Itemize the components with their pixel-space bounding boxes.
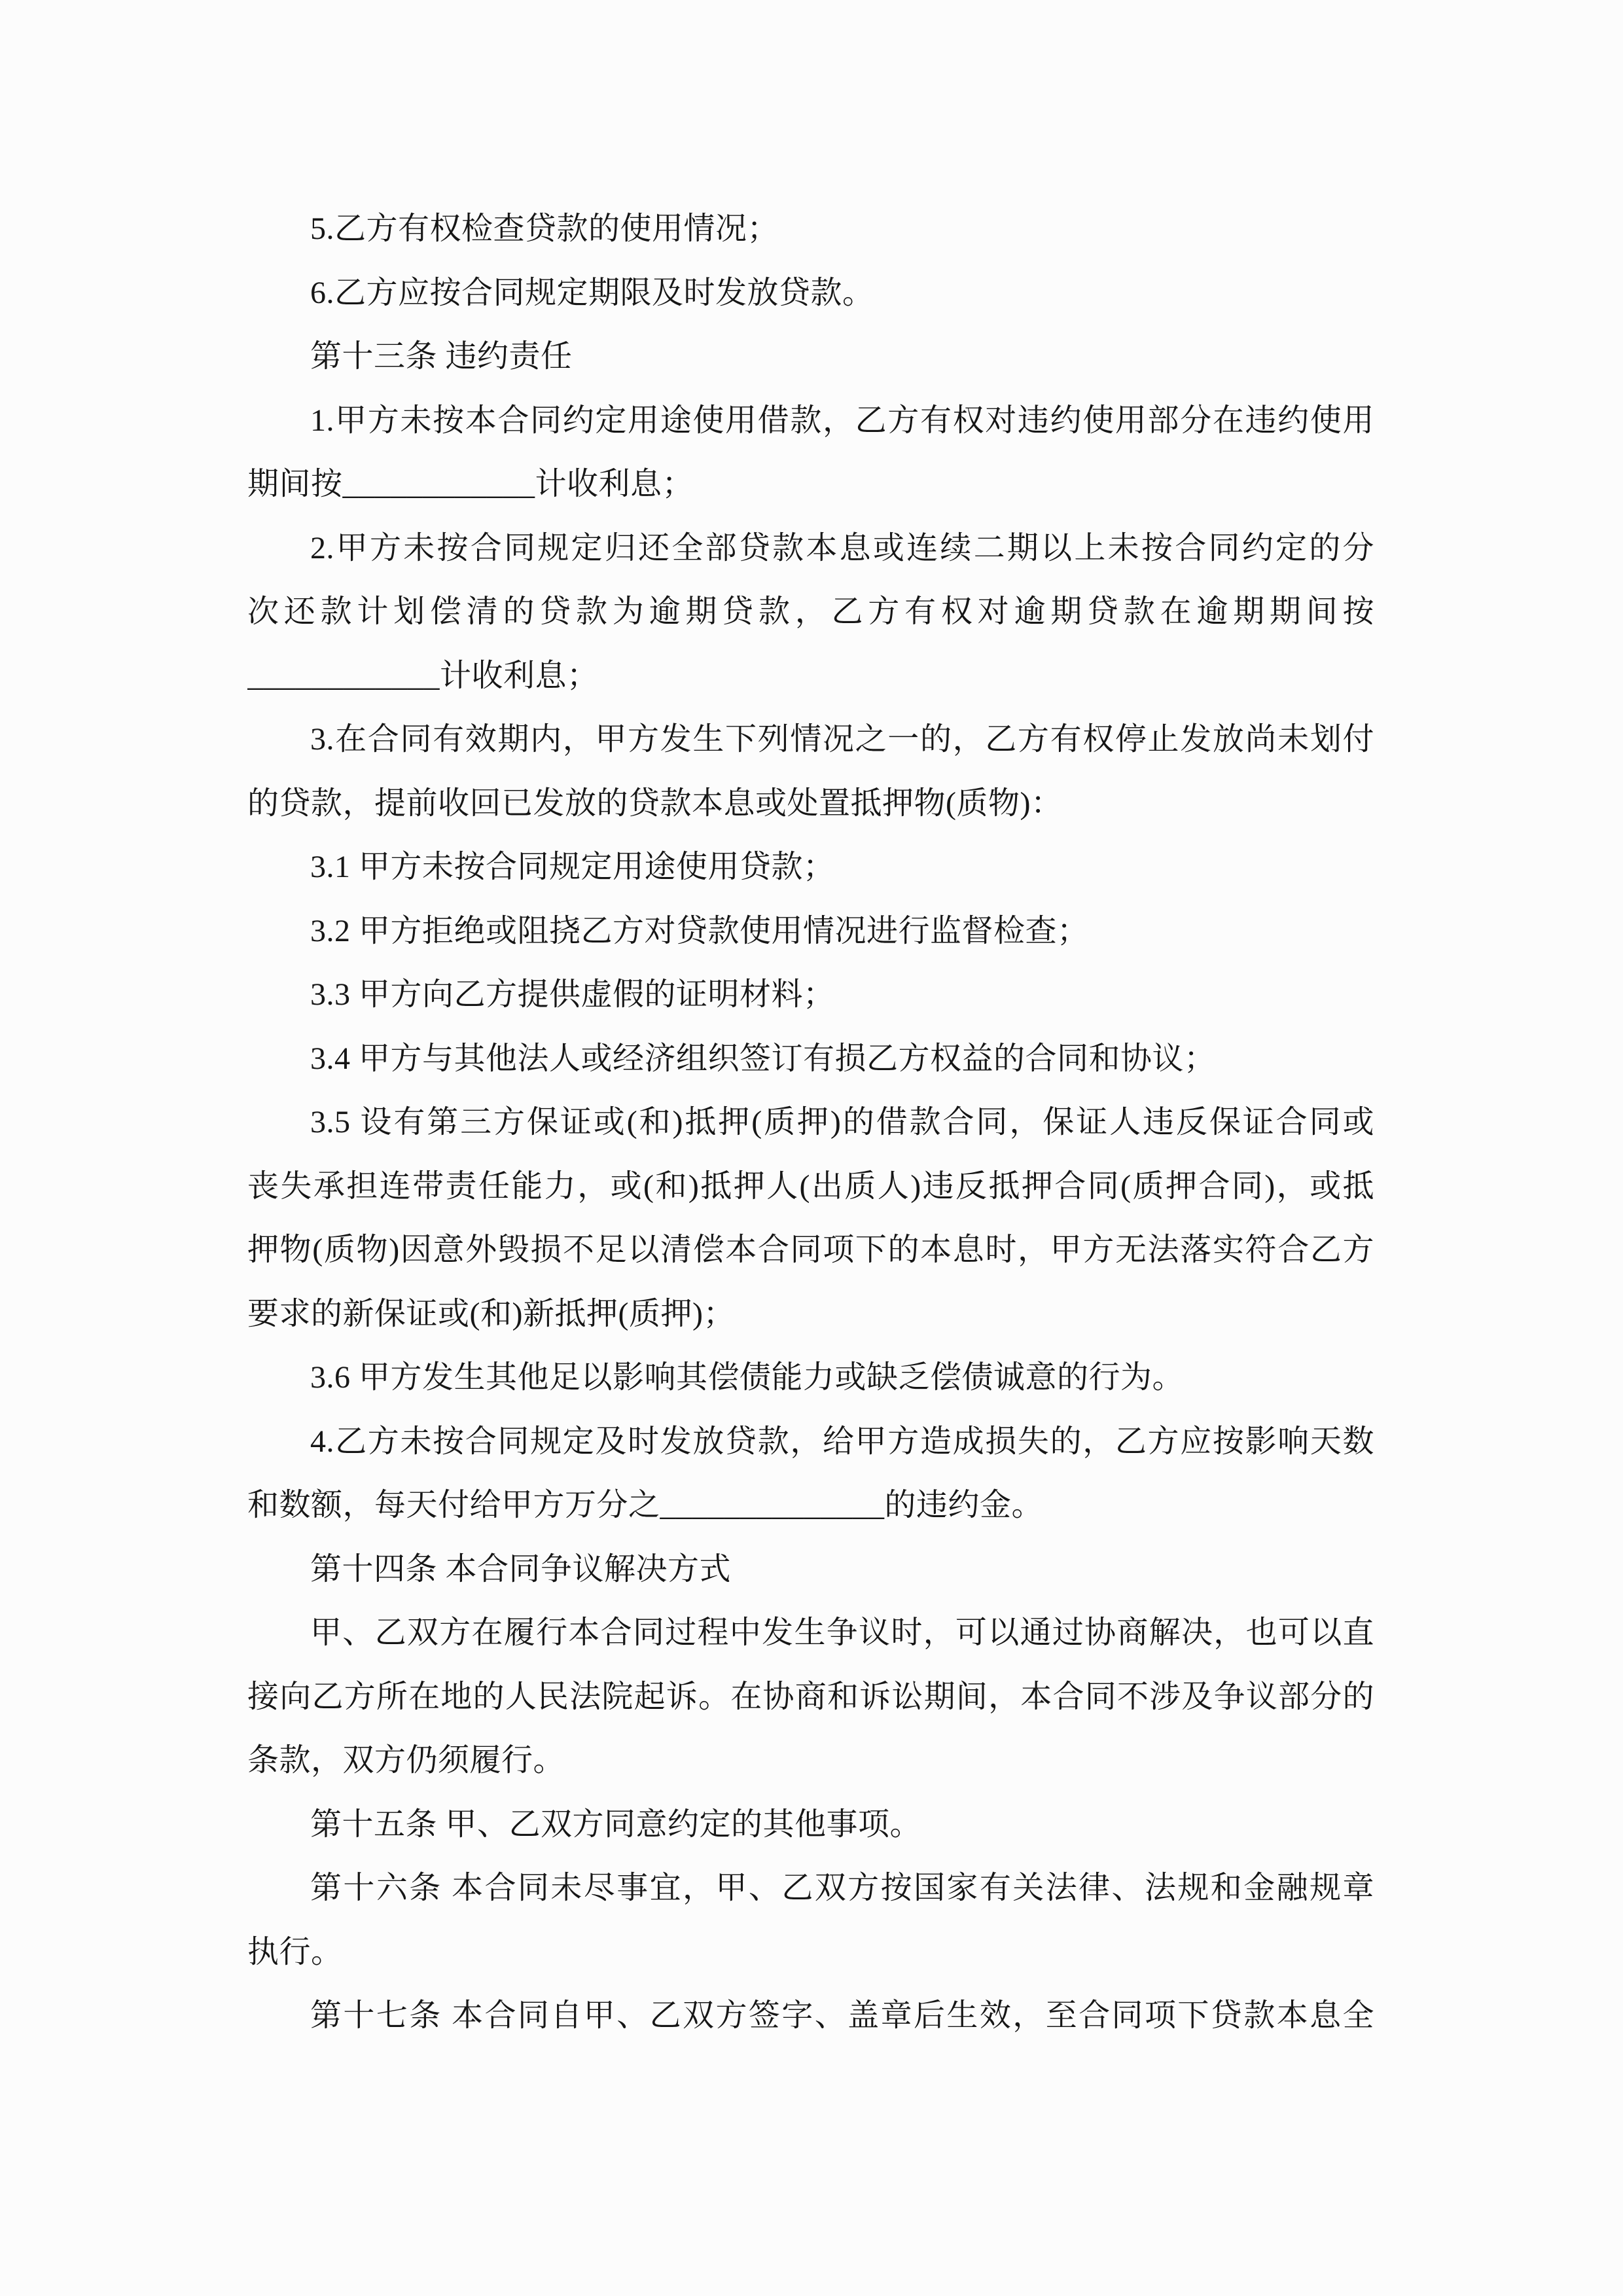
contract-line: 3.6 甲方发生其他足以影响其偿债能力或缺乏偿债诚意的行为。 [247,1346,1374,1410]
contract-line: 第十四条 本合同争议解决方式 [247,1537,1374,1602]
contract-line: 4.乙方未按合同规定及时发放贷款，给甲方造成损失的，乙方应按影响天数 [247,1410,1374,1474]
contract-line: 第十七条 本合同自甲、乙双方签字、盖章后生效，至合同项下贷款本息全 [247,1984,1374,2048]
contract-line: 押物(质物)因意外毁损不足以清偿本合同项下的本息时，甲方无法落实符合乙方 [247,1218,1374,1282]
contract-line: 和数额，每天付给甲方万分之______________的违约金。 [247,1473,1374,1537]
contract-line: 第十五条 甲、乙双方同意约定的其他事项。 [247,1793,1374,1857]
contract-line: 3.3 甲方向乙方提供虚假的证明材料； [247,963,1374,1027]
contract-line: ____________计收利息； [247,644,1374,708]
contract-line: 3.2 甲方拒绝或阻挠乙方对贷款使用情况进行监督检查； [247,899,1374,963]
contract-line: 接向乙方所在地的人民法院起诉。在协商和诉讼期间，本合同不涉及争议部分的 [247,1665,1374,1729]
contract-line: 3.在合同有效期内，甲方发生下列情况之一的，乙方有权停止发放尚未划付 [247,708,1374,772]
contract-line: 期间按____________计收利息； [247,452,1374,516]
contract-line: 第十三条 违约责任 [247,325,1374,389]
contract-line: 第十六条 本合同未尽事宜，甲、乙双方按国家有关法律、法规和金融规章 [247,1856,1374,1920]
contract-line: 甲、乙双方在履行本合同过程中发生争议时，可以通过协商解决，也可以直 [247,1601,1374,1665]
contract-line: 的贷款，提前收回已发放的贷款本息或处置抵押物(质物)： [247,772,1374,836]
document-page: 5.乙方有权检查贷款的使用情况；6.乙方应按合同规定期限及时发放贷款。第十三条 … [0,0,1623,2296]
contract-line: 丧失承担连带责任能力，或(和)抵押人(出质人)违反抵押合同(质押合同)，或抵 [247,1155,1374,1219]
document-body: 5.乙方有权检查贷款的使用情况；6.乙方应按合同规定期限及时发放贷款。第十三条 … [247,197,1374,2048]
contract-line: 要求的新保证或(和)新抵押(质押)； [247,1282,1374,1346]
contract-line: 3.4 甲方与其他法人或经济组织签订有损乙方权益的合同和协议； [247,1027,1374,1091]
contract-line: 次还款计划偿清的贷款为逾期贷款，乙方有权对逾期贷款在逾期期间按 [247,580,1374,644]
contract-line: 条款，双方仍须履行。 [247,1729,1374,1793]
contract-line: 3.1 甲方未按合同规定用途使用贷款； [247,835,1374,899]
contract-line: 3.5 设有第三方保证或(和)抵押(质押)的借款合同，保证人违反保证合同或 [247,1090,1374,1155]
contract-line: 5.乙方有权检查贷款的使用情况； [247,197,1374,261]
contract-line: 1.甲方未按本合同约定用途使用借款，乙方有权对违约使用部分在违约使用 [247,389,1374,453]
contract-line: 执行。 [247,1920,1374,1984]
contract-line: 6.乙方应按合同规定期限及时发放贷款。 [247,261,1374,325]
contract-line: 2.甲方未按合同规定归还全部贷款本息或连续二期以上未按合同约定的分 [247,516,1374,581]
